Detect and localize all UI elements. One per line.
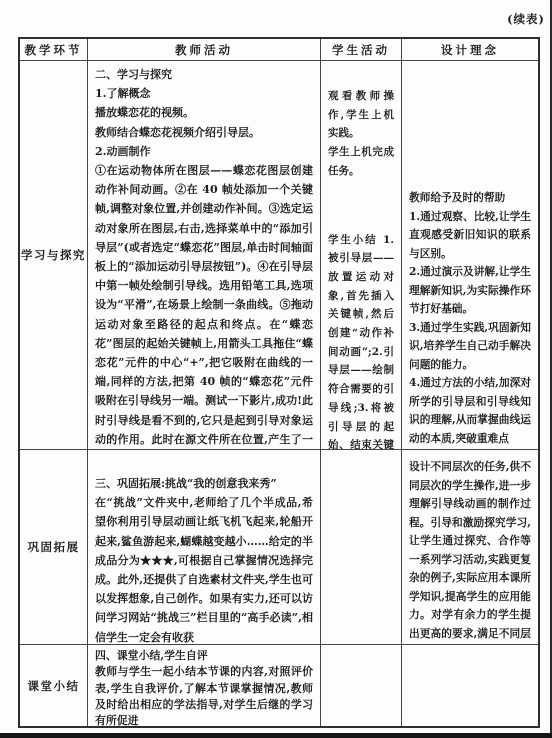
design-concept-cell-row2: 设计不同层次的任务,供不同层次的学生操作,进一步理解引导线动画的制作过程。引导和… bbox=[401, 449, 538, 644]
column-header-teacher-activity: 教师活动 bbox=[87, 39, 320, 60]
teacher-activity-paragraph: 教师与学生一起小结本节课的内容,对照评价表,学生自我评价,了解本节课掌握情况,教… bbox=[95, 664, 313, 726]
teacher-activity-paragraph: ①在运动物体所在图层——蝶恋花图层创建动作补间动画。②在 40 帧处添加一个关键… bbox=[95, 161, 313, 449]
teacher-activity-paragraph: 1.了解概念 bbox=[95, 84, 313, 103]
teacher-activity-paragraph: 教师结合蝶恋花视频介绍引导层。 bbox=[95, 123, 313, 142]
stage-cell-learning-exploration: 学习与探究 bbox=[20, 60, 87, 449]
teacher-activity-paragraph: 在“挑战”文件夹中,老师给了几个半成品,希望你利用引导层动画让纸飞机飞起来,轮船… bbox=[95, 493, 313, 644]
teacher-activity-paragraph: 三、巩固拓展:挑战“我的创意我来秀” bbox=[95, 474, 313, 493]
teacher-activity-cell-row1: 二、学习与探究 1.了解概念 播放蝶恋花的视频。 教师结合蝶恋花视频介绍引导层。… bbox=[87, 60, 320, 449]
design-concept-cell-row1: 教师给予及时的帮助 1.通过观察、比较,让学生直观感受新旧知识的联系与区别。 2… bbox=[401, 60, 538, 449]
teacher-activity-paragraph: 播放蝶恋花的视频。 bbox=[95, 103, 313, 122]
column-header-stage: 教学环节 bbox=[20, 39, 87, 60]
student-activity-paragraph: 学生上机完成任务。 bbox=[328, 143, 394, 180]
student-activity-paragraph: 观看教师操作,学生上机实践。 bbox=[328, 87, 394, 143]
student-activity-paragraph: 学生小结 1.被引导层——放置运动对象,首先插入关键帧,然后创建“动作补间动画”… bbox=[328, 231, 394, 449]
teacher-activity-cell-row2: 三、巩固拓展:挑战“我的创意我来秀” 在“挑战”文件夹中,老师给了几个半成品,希… bbox=[87, 449, 320, 644]
design-concept-cell-row3 bbox=[401, 644, 538, 726]
teacher-activity-paragraph: 二、学习与探究 bbox=[95, 65, 313, 84]
design-concept-paragraph: 2.通过演示及讲解,让学生理解新知识,为实际操作环节打好基础。 bbox=[409, 263, 531, 319]
design-concept-paragraph: 设计不同层次的任务,供不同层次的学生操作,进一步理解引导线动画的制作过程。引导和… bbox=[409, 458, 531, 644]
stage-cell-lesson-summary: 课堂小结 bbox=[20, 644, 87, 726]
column-header-design-concept: 设计理念 bbox=[401, 39, 538, 60]
column-header-student-activity: 学生活动 bbox=[320, 39, 401, 60]
stage-cell-consolidation-extension: 巩固拓展 bbox=[20, 449, 87, 644]
scan-edge-bottom bbox=[0, 733, 552, 738]
design-concept-paragraph: 3.通过学生实践,巩固新知识,培养学生自己动手解决问题的能力。 bbox=[409, 319, 531, 375]
design-concept-paragraph: 教师给予及时的帮助 bbox=[409, 189, 531, 208]
teacher-activity-cell-row3: 四、课堂小结,学生自评 教师与学生一起小结本节课的内容,对照评价表,学生自我评价… bbox=[87, 644, 320, 726]
design-concept-paragraph: 1.通过观察、比较,让学生直观感受新旧知识的联系与区别。 bbox=[409, 208, 531, 264]
design-concept-paragraph: 4.通过方法的小结,加深对所学的引导层和引导线知识的理解,从而掌握曲线运动的本质… bbox=[409, 374, 531, 448]
student-activity-cell-row1: 观看教师操作,学生上机实践。 学生上机完成任务。 学生小结 1.被引导层——放置… bbox=[320, 60, 401, 449]
teacher-activity-paragraph: 2.动画制作 bbox=[95, 142, 313, 161]
student-activity-cell-row3 bbox=[320, 644, 401, 726]
lesson-plan-table: 教学环节 教师活动 学生活动 设计理念 学习与探究 二、学习与探究 1.了解概念… bbox=[18, 37, 540, 728]
student-activity-cell-row2 bbox=[320, 449, 401, 644]
continuation-note: (续表) bbox=[507, 11, 545, 27]
scanned-page: (续表) 教学环节 教师活动 学生活动 设计理念 学习与探究 二、学习与探究 1… bbox=[0, 0, 552, 738]
teacher-activity-paragraph: 四、课堂小结,学生自评 bbox=[95, 648, 313, 664]
